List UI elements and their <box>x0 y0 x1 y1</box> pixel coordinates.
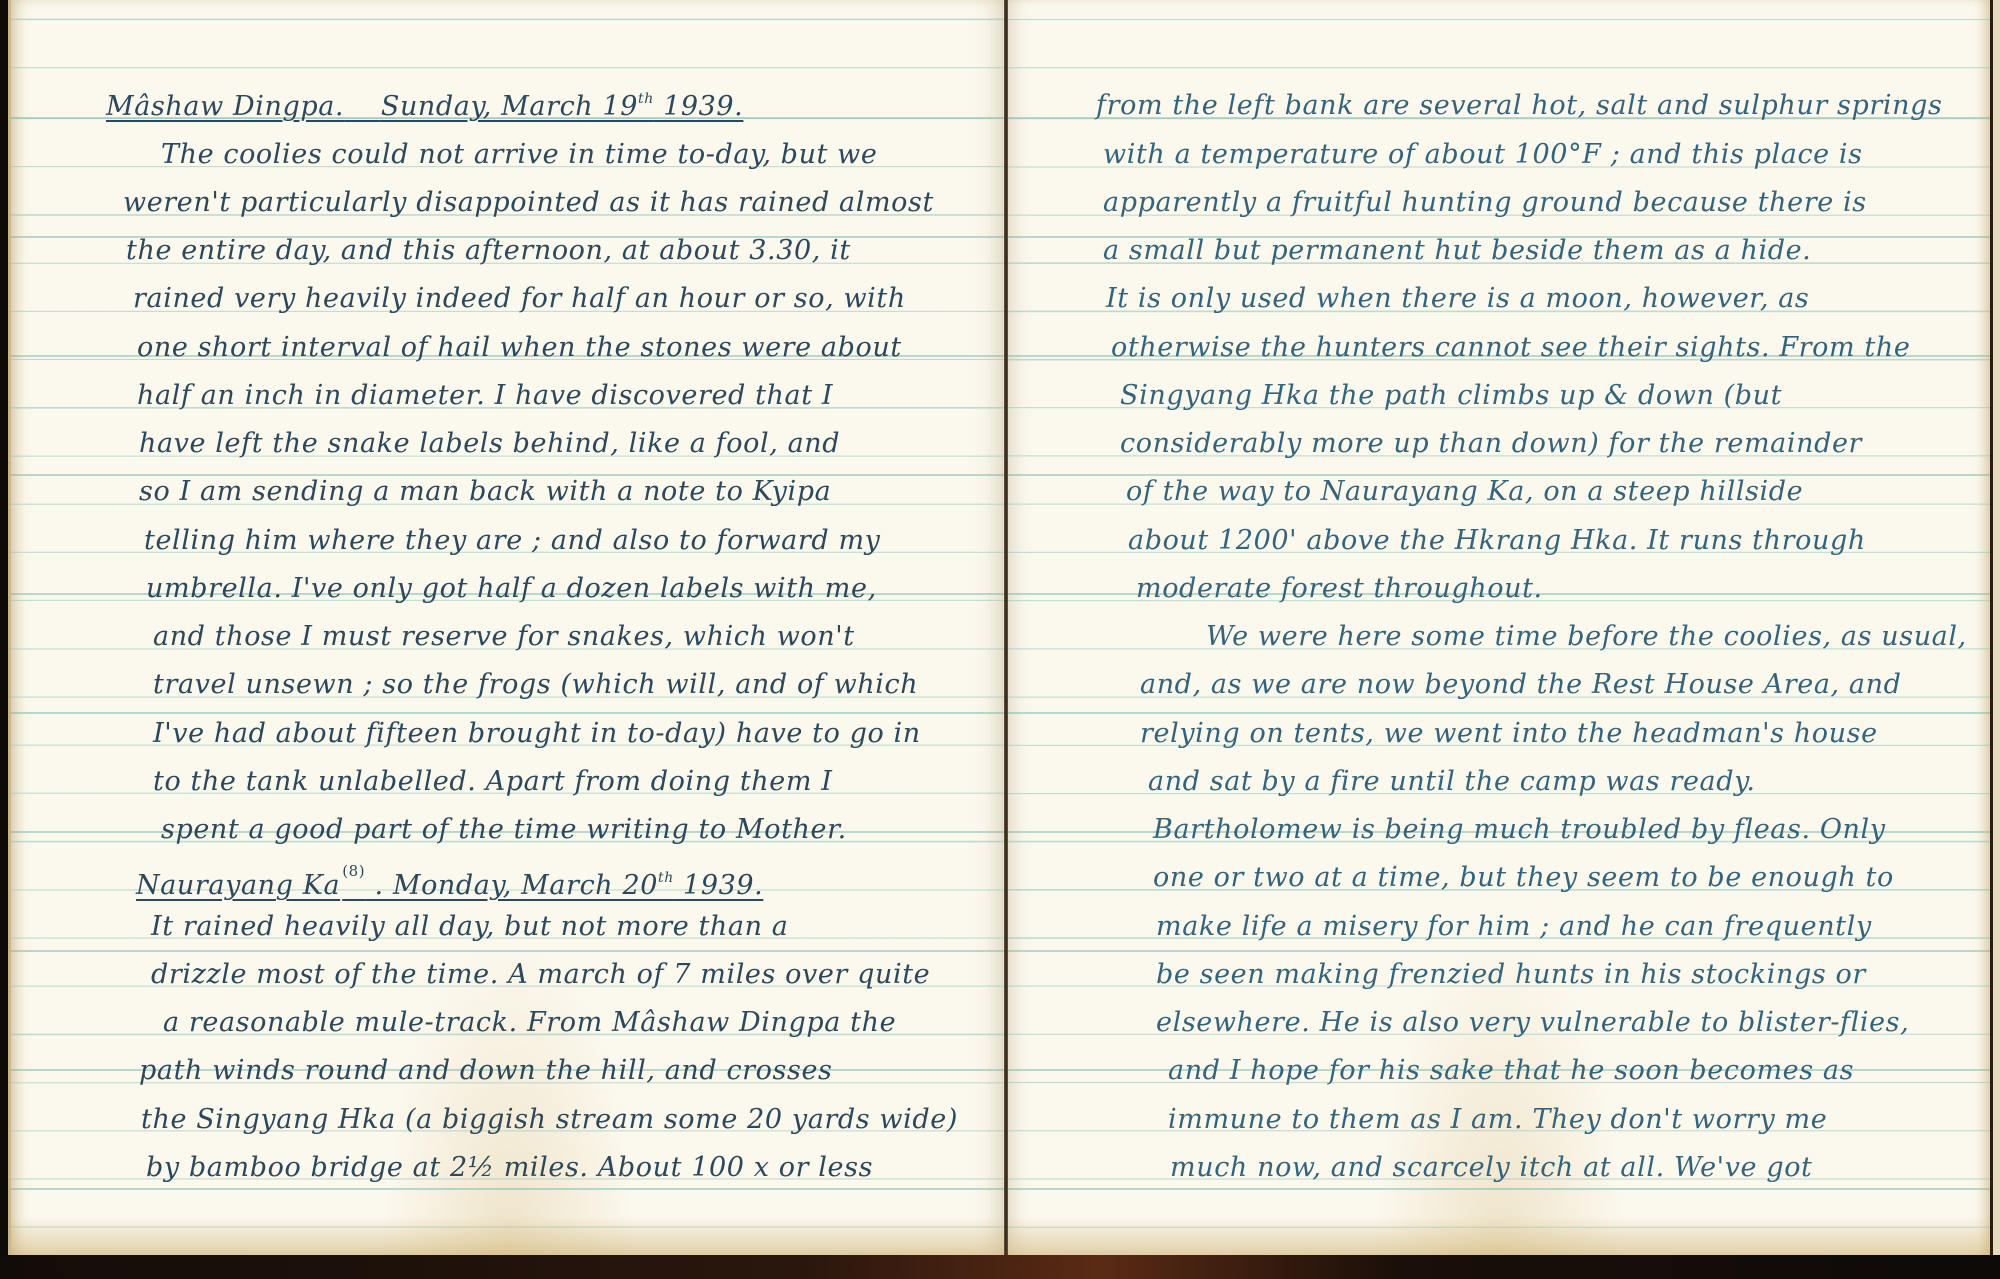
text-line: from the left bank are several hot, salt… <box>1096 92 1942 119</box>
text-line: Bartholomew is being much troubled by fl… <box>1153 816 1886 843</box>
text-line: travel unsewn ; so the frogs (which will… <box>153 671 918 698</box>
text-line: We were here some time before the coolie… <box>1206 623 1967 650</box>
text-line: and those I must reserve for snakes, whi… <box>153 623 855 650</box>
text-line: so I am sending a man back with a note t… <box>139 478 831 505</box>
text-line: one or two at a time, but they seem to b… <box>1153 864 1894 891</box>
text-line: It is only used when there is a moon, ho… <box>1106 285 1809 312</box>
text-line: be seen making frenzied hunts in his sto… <box>1156 961 1866 988</box>
entry-year: 1939. <box>674 870 763 901</box>
text-line: with a temperature of about 100°F ; and … <box>1103 141 1863 168</box>
footnote-marker: (8) <box>342 862 365 880</box>
text-line: to the tank unlabelled. Apart from doing… <box>153 768 833 795</box>
text-line: one short interval of hail when the ston… <box>137 334 902 361</box>
entry-heading: Mâshaw Dingpa. Sunday, March 19th 1939. <box>106 92 743 120</box>
foxing-stain <box>1008 1216 1990 1256</box>
text-line: a small but permanent hut beside them as… <box>1103 237 1811 264</box>
text-line: and, as we are now beyond the Rest House… <box>1140 671 1902 698</box>
text-line: have left the snake labels behind, like … <box>139 430 840 457</box>
text-line: the Singyang Hka (a biggish stream some … <box>141 1106 958 1133</box>
text-line: telling him where they are ; and also to… <box>144 527 881 554</box>
text-line: I've had about fifteen brought in to-day… <box>153 720 921 747</box>
foxing-stain <box>11 1216 1008 1256</box>
text-line: of the way to Naurayang Ka, on a steep h… <box>1126 478 1803 505</box>
text-line: weren't particularly disappointed as it … <box>123 189 934 216</box>
text-line: the entire day, and this afternoon, at a… <box>126 237 851 264</box>
text-line: rained very heavily indeed for half an h… <box>133 285 906 312</box>
book-cover-edge <box>0 1255 2000 1279</box>
text-line: half an inch in diameter. I have discove… <box>137 382 833 409</box>
text-line: much now, and scarcely itch at all. We'v… <box>1170 1154 1813 1181</box>
text-line: moderate forest throughout. <box>1136 575 1543 602</box>
text-line: make life a misery for him ; and he can … <box>1156 913 1872 940</box>
text-line: relying on tents, we went into the headm… <box>1140 720 1878 747</box>
right-page: from the left bank are several hot, salt… <box>1008 0 1990 1256</box>
text-line: apparently a fruitful hunting ground bec… <box>1103 189 1867 216</box>
text-line: otherwise the hunters cannot see their s… <box>1111 334 1910 361</box>
text-line: about 1200' above the Hkrang Hka. It run… <box>1128 527 1866 554</box>
page-stack-edge <box>1993 0 2000 1256</box>
text-line: immune to them as I am. They don't worry… <box>1168 1106 1827 1133</box>
text-line: a reasonable mule-track. From Mâshaw Din… <box>163 1009 896 1036</box>
text-line: elsewhere. He is also very vulnerable to… <box>1156 1009 1909 1036</box>
date-suffix: th <box>658 870 674 886</box>
text-line: considerably more up than down) for the … <box>1120 430 1862 457</box>
entry-year: 1939. <box>654 91 743 122</box>
text-line: path winds round and down the hill, and … <box>139 1057 832 1084</box>
text-line: and sat by a fire until the camp was rea… <box>1148 768 1756 795</box>
text-line: It rained heavily all day, but not more … <box>151 913 788 940</box>
entry-place: Mâshaw Dingpa. <box>106 91 344 122</box>
text-line: Singyang Hka the path climbs up & down (… <box>1120 382 1782 409</box>
entry-date: . Monday, March 20 <box>374 870 658 901</box>
text-line: spent a good part of the time writing to… <box>161 816 847 843</box>
entry-place: Naurayang Ka <box>136 870 340 901</box>
entry-date: Sunday, March 19 <box>381 91 638 122</box>
text-line: by bamboo bridge at 2½ miles. About 100 … <box>146 1154 873 1181</box>
date-suffix: th <box>638 91 654 107</box>
left-page: Mâshaw Dingpa. Sunday, March 19th 1939. … <box>8 0 1008 1256</box>
text-line: The coolies could not arrive in time to-… <box>161 141 877 168</box>
entry-heading: Naurayang Ka(8) . Monday, March 20th 193… <box>136 864 763 899</box>
text-line: umbrella. I've only got half a dozen lab… <box>146 575 877 602</box>
text-line: drizzle most of the time. A march of 7 m… <box>151 961 930 988</box>
text-line: and I hope for his sake that he soon bec… <box>1168 1057 1854 1084</box>
